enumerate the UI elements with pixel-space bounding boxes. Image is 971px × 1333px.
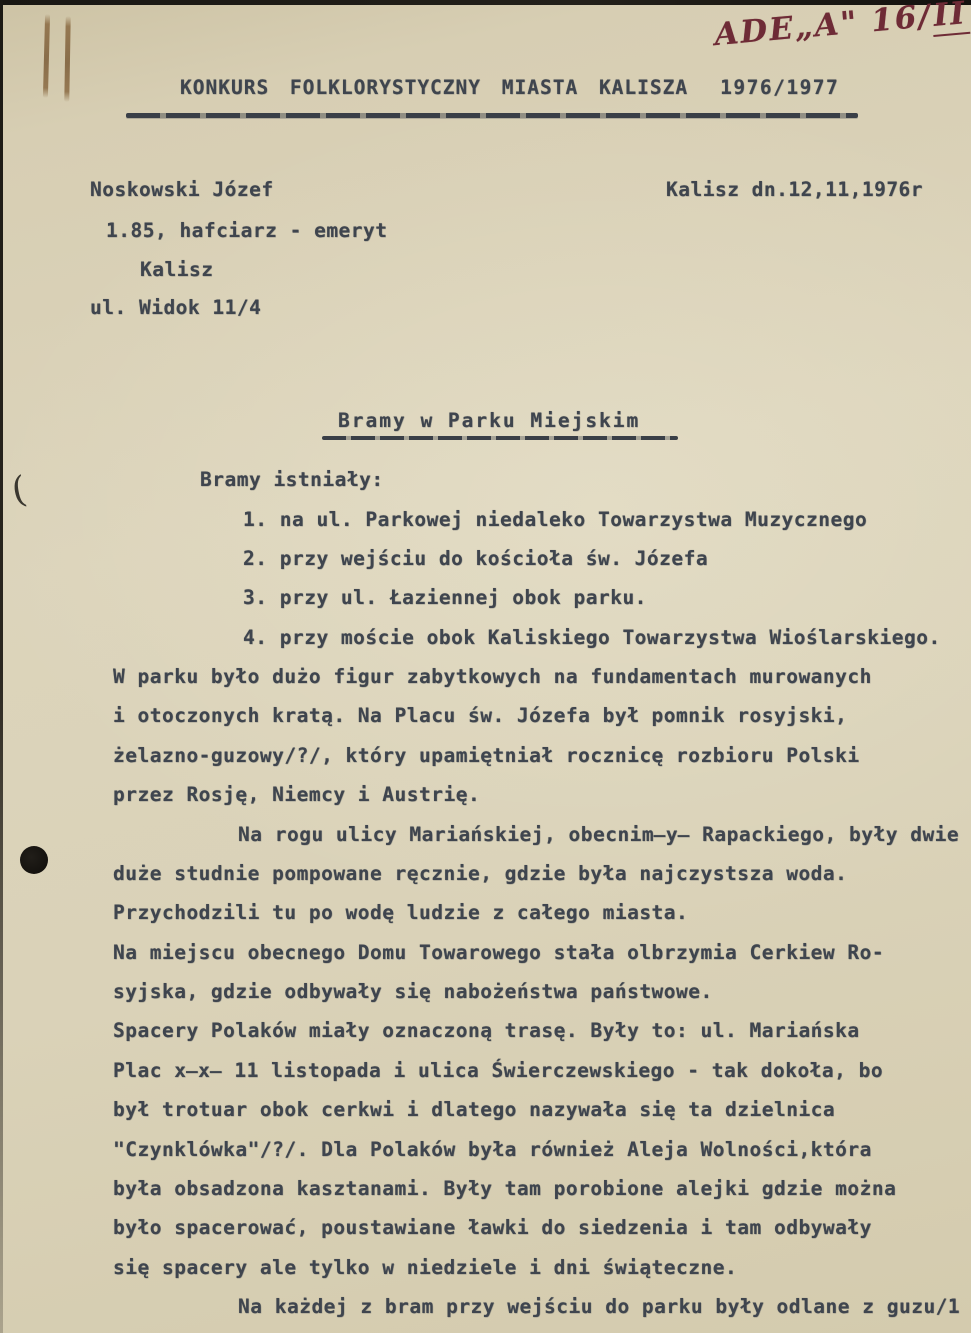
body-line: 2. przy wejściu do kościoła św. Józefa: [113, 539, 965, 578]
body-line: Przychodzili tu po wodę ludzie z całego …: [113, 893, 965, 932]
document-title: Bramy w Parku Miejskim: [338, 409, 640, 432]
contest-season: 1976/1977: [720, 76, 839, 99]
body-line: duże studnie pompowane ręcznie, gdzie by…: [113, 854, 965, 893]
sender-city: Kalisz: [140, 258, 213, 281]
sender-street: ul. Widok 11/4: [90, 296, 261, 319]
body-line: był trotuar obok cerkwi i dlatego nazywa…: [113, 1090, 965, 1129]
body-line: Spacery Polaków miały oznaczoną trasę. B…: [113, 1011, 965, 1050]
body-line: syjska, gdzie odbywały się nabożeństwa p…: [113, 972, 965, 1011]
body-line: Na każdej z bram przy wejściu do parku b…: [113, 1287, 965, 1326]
body-line: W parku było dużo figur zabytkowych na f…: [113, 657, 965, 696]
body-line: Na miejscu obecnego Domu Towarowego stał…: [113, 933, 965, 972]
sender-name: Noskowski Józef: [90, 178, 274, 201]
hole-punch-dot: [20, 846, 48, 874]
title-underline-rule: [322, 436, 678, 440]
body-line: przez Rosję, Niemcy i Austrię.: [113, 775, 965, 814]
body-line: było spacerować, poustawiane ławki do si…: [113, 1208, 965, 1247]
body-line: Bramy istniały:: [113, 460, 965, 499]
header-underline-rule: [126, 113, 858, 118]
scan-edge-top: [0, 0, 971, 5]
body-text: Bramy istniały: 1. na ul. Parkowej nieda…: [113, 460, 965, 1326]
body-line: Na rogu ulicy Mariańskiej, obecnim̶y̶ Ra…: [113, 814, 965, 853]
scan-edge-left: [0, 0, 3, 1333]
ink-stain-mark: [43, 14, 50, 98]
annotation-text: ADE„A" 16/: [713, 0, 933, 53]
ink-stain-mark: [64, 16, 71, 102]
place-and-date-line: Kalisz dn.12,11,1976r: [666, 178, 923, 201]
body-line: była obsadzona kasztanami. Były tam poro…: [113, 1169, 965, 1208]
body-line: 1. na ul. Parkowej niedaleko Towarzystwa…: [113, 499, 965, 538]
body-line: 3. przy ul. Łaziennej obok parku.: [113, 578, 965, 617]
handwritten-archive-annotation: ADE„A" 16/II: [713, 0, 970, 53]
body-line: żelazno-guzowy/?/, który upamiętniał roc…: [113, 736, 965, 775]
body-line: Plac x̶x̶ 11 listopada i ulica Świerczew…: [113, 1051, 965, 1090]
contest-title: KONKURS FOLKLORYSTYCZNY MIASTA KALISZA: [180, 76, 688, 99]
body-line: się spacery ale tylko w niedziele i dni …: [113, 1248, 965, 1287]
annotation-underlined-numeral: II: [930, 0, 970, 37]
body-line: "Czynklówka"/?/. Dla Polaków była równie…: [113, 1129, 965, 1168]
document-header: KONKURS FOLKLORYSTYCZNY MIASTA KALISZA19…: [180, 76, 839, 99]
body-line: i otoczonych kratą. Na Placu św. Józefa …: [113, 696, 965, 735]
pencil-paren-mark: (: [9, 469, 30, 512]
sender-details: 1.85, hafciarz - emeryt: [106, 219, 388, 242]
scanned-document-page: ADE„A" 16/II KONKURS FOLKLORYSTYCZNY MIA…: [0, 0, 971, 1333]
body-line: 4. przy moście obok Kaliskiego Towarzyst…: [113, 618, 965, 657]
